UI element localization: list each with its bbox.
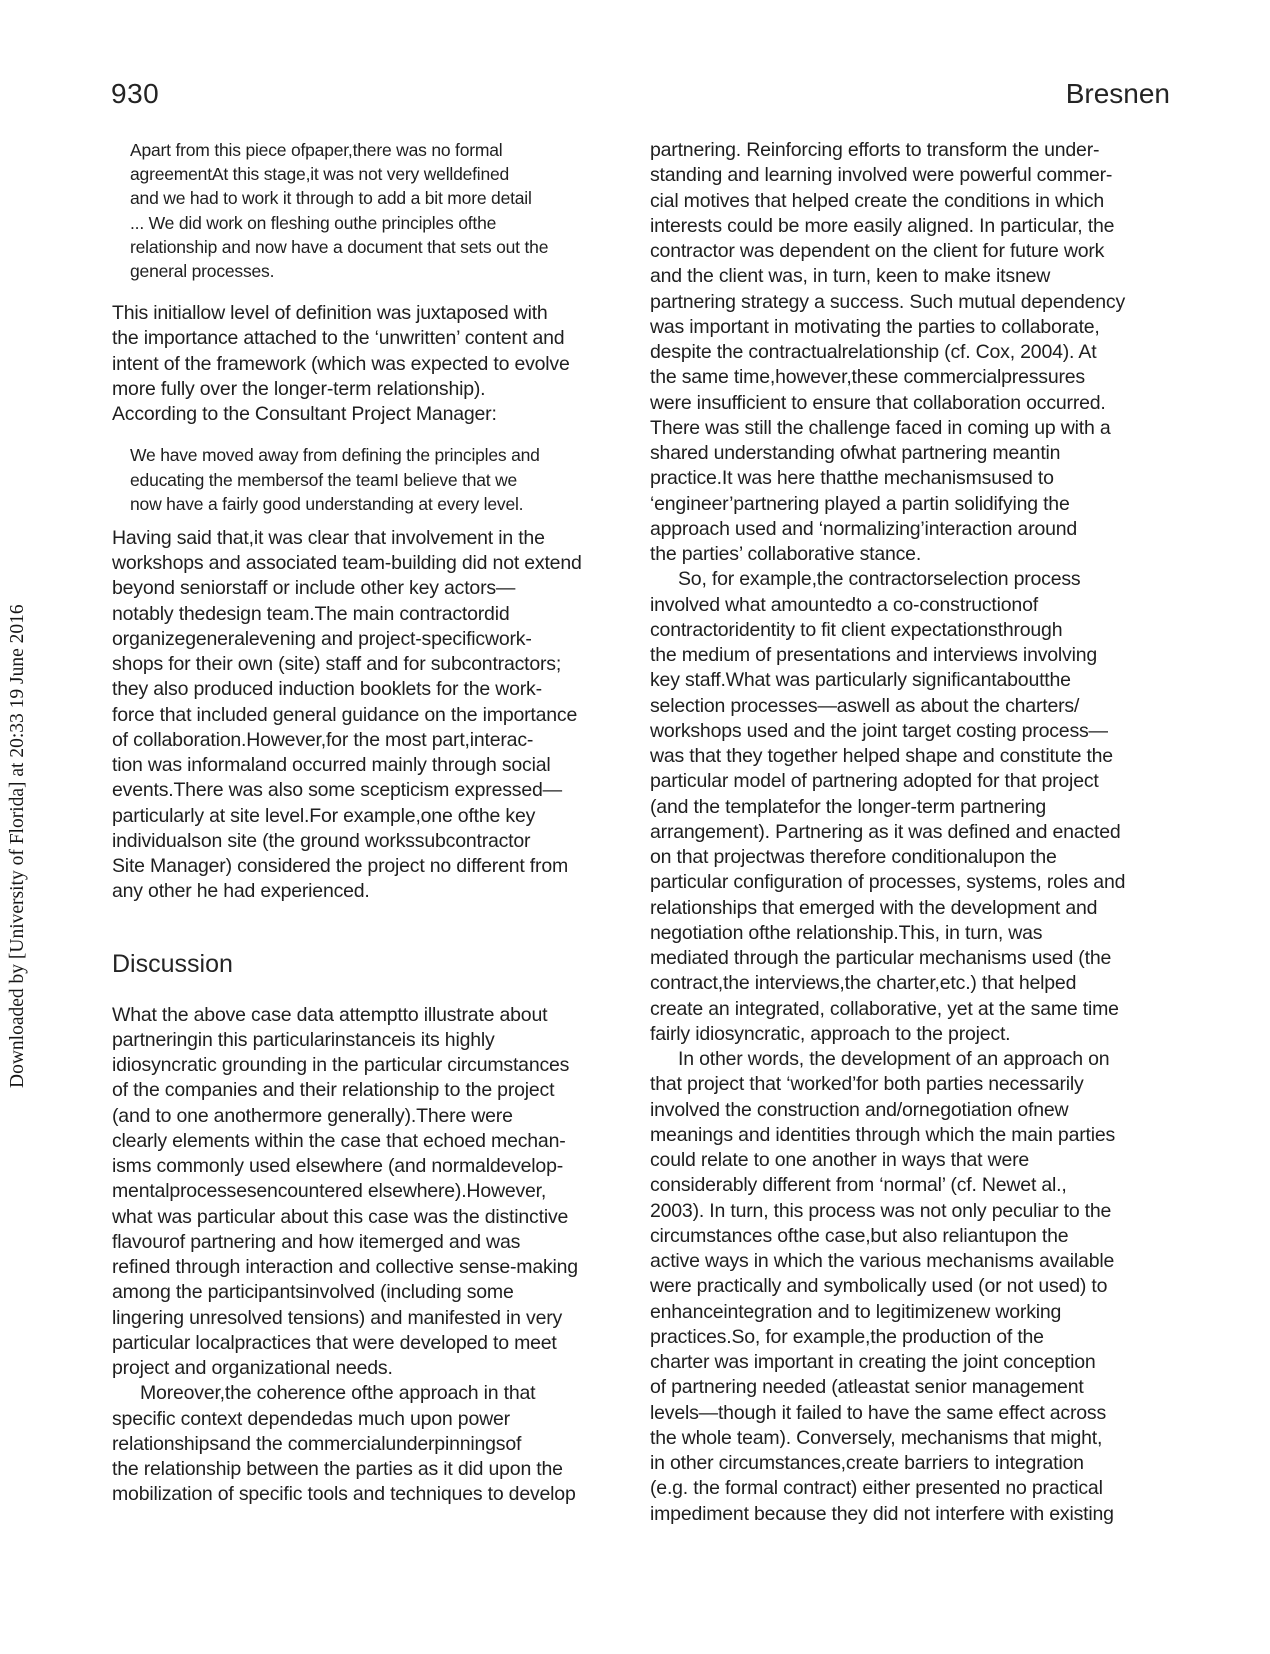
text-line: particular configuration of processes, s…: [650, 870, 1180, 895]
text-line: particular model of partnering adopted f…: [650, 769, 1180, 794]
text-line: (e.g. the formal contract) either presen…: [650, 1476, 1180, 1501]
text-line: circumstances ofthe case,but also relian…: [650, 1224, 1180, 1249]
text-line: relationship and now have a document tha…: [130, 235, 645, 259]
body-paragraph: Moreover,the coherence ofthe approach in…: [112, 1381, 645, 1507]
text-line: flavourof partnering and how itemerged a…: [112, 1230, 645, 1255]
text-line: organizegeneralevening and project-speci…: [112, 627, 645, 652]
text-line: among the participantsinvolved (includin…: [112, 1280, 645, 1305]
text-line: notably thedesign team.The main contract…: [112, 602, 645, 627]
text-line: educating the membersof the teamI believ…: [130, 468, 645, 492]
text-line: in other circumstances,create barriers t…: [650, 1451, 1180, 1476]
text-line: impediment because they did not interfer…: [650, 1502, 1180, 1527]
text-line: now have a fairly good understanding at …: [130, 492, 645, 516]
text-line: the whole team). Conversely, mechanisms …: [650, 1426, 1180, 1451]
text-line: the parties’ collaborative stance.: [650, 542, 1180, 567]
text-line: more fully over the longer-term relation…: [112, 377, 645, 402]
text-line: the importance attached to the ‘unwritte…: [112, 326, 645, 351]
left-text-column: Apart from this piece ofpaper,there was …: [112, 138, 645, 1508]
text-line: they also produced induction booklets fo…: [112, 677, 645, 702]
section-heading: Discussion: [112, 947, 645, 981]
text-line: force that included general guidance on …: [112, 703, 645, 728]
text-line: charter was important in creating the jo…: [650, 1350, 1180, 1375]
right-text-column: partnering. Reinforcing efforts to trans…: [650, 138, 1180, 1527]
text-line: that project that ‘worked’for both parti…: [650, 1072, 1180, 1097]
text-line: (and to one anothermore generally).There…: [112, 1104, 645, 1129]
text-line: relationshipsand the commercialunderpinn…: [112, 1432, 645, 1457]
text-line: Site Manager) considered the project no …: [112, 854, 645, 879]
text-line: refined through interaction and collecti…: [112, 1255, 645, 1280]
text-line: Apart from this piece ofpaper,there was …: [130, 138, 645, 162]
text-line: clearly elements within the case that ec…: [112, 1129, 645, 1154]
text-line: shared understanding ofwhat partnering m…: [650, 441, 1180, 466]
body-paragraph: What the above case data attemptto illus…: [112, 1003, 645, 1382]
text-line: 2003). In turn, this process was not onl…: [650, 1199, 1180, 1224]
text-line: the relationship between the parties as …: [112, 1457, 645, 1482]
text-line: contract,the interviews,the charter,etc.…: [650, 971, 1180, 996]
text-line: and we had to work it through to add a b…: [130, 186, 645, 210]
text-line: partnering strategy a success. Such mutu…: [650, 290, 1180, 315]
text-line: active ways in which the various mechani…: [650, 1249, 1180, 1274]
scanned-paper-page: 930 Bresnen Downloaded by [University of…: [0, 0, 1270, 1654]
text-line: could relate to one another in ways that…: [650, 1148, 1180, 1173]
text-line: negotiation ofthe relationship.This, in …: [650, 921, 1180, 946]
text-line: idiosyncratic grounding in the particula…: [112, 1053, 645, 1078]
block-quote: Apart from this piece ofpaper,there was …: [130, 138, 645, 283]
text-line: key staff.What was particularly signific…: [650, 668, 1180, 693]
text-line: According to the Consultant Project Mana…: [112, 402, 645, 427]
text-line: beyond seniorstaff or include other key …: [112, 576, 645, 601]
text-line: and the client was, in turn, keen to mak…: [650, 264, 1180, 289]
text-line: involved the construction and/ornegotiat…: [650, 1098, 1180, 1123]
text-line: mentalprocessesencountered elsewhere).Ho…: [112, 1179, 645, 1204]
body-paragraph: This initiallow level of definition was …: [112, 301, 645, 427]
text-line: workshops and associated team-building d…: [112, 551, 645, 576]
text-line: What the above case data attemptto illus…: [112, 1003, 645, 1028]
text-line: involved what amountedto a co-constructi…: [650, 593, 1180, 618]
text-line: tion was informaland occurred mainly thr…: [112, 753, 645, 778]
text-line: practices.So, for example,the production…: [650, 1325, 1180, 1350]
text-line: ‘engineer’partnering played a partin sol…: [650, 492, 1180, 517]
text-line: were insufficient to ensure that collabo…: [650, 391, 1180, 416]
text-line: workshops used and the joint target cost…: [650, 719, 1180, 744]
text-line: meanings and identities through which th…: [650, 1123, 1180, 1148]
body-paragraph: partnering. Reinforcing efforts to trans…: [650, 138, 1180, 567]
page-number: 930: [111, 78, 159, 110]
body-paragraph: So, for example,the contractorselection …: [650, 567, 1180, 1047]
text-line: contractor was dependent on the client f…: [650, 239, 1180, 264]
body-paragraph: In other words, the development of an ap…: [650, 1047, 1180, 1527]
text-line: particular localpractices that were deve…: [112, 1331, 645, 1356]
text-line: Having said that,it was clear that invol…: [112, 526, 645, 551]
text-line: There was still the challenge faced in c…: [650, 416, 1180, 441]
text-line: were practically and symbolically used (…: [650, 1274, 1180, 1299]
text-line: approach used and ‘normalizing’interacti…: [650, 517, 1180, 542]
text-line: ... We did work on fleshing outhe princi…: [130, 211, 645, 235]
text-line: particularly at site level.For example,o…: [112, 804, 645, 829]
text-line: the same time,however,these commercialpr…: [650, 365, 1180, 390]
text-line: fairly idiosyncratic, approach to the pr…: [650, 1022, 1180, 1047]
text-line: the medium of presentations and intervie…: [650, 643, 1180, 668]
text-line: specific context dependedas much upon po…: [112, 1407, 645, 1432]
text-line: (and the templatefor the longer-term par…: [650, 795, 1180, 820]
text-line: mediated through the particular mechanis…: [650, 946, 1180, 971]
block-quote: We have moved away from defining the pri…: [130, 443, 645, 516]
text-line: arrangement). Partnering as it was defin…: [650, 820, 1180, 845]
text-line: what was particular about this case was …: [112, 1205, 645, 1230]
running-head-author: Bresnen: [870, 78, 1170, 110]
text-line: was important in motivating the parties …: [650, 315, 1180, 340]
text-line: isms commonly used elsewhere (and normal…: [112, 1154, 645, 1179]
text-line: contractoridentity to fit client expecta…: [650, 618, 1180, 643]
body-paragraph: Having said that,it was clear that invol…: [112, 526, 645, 905]
text-line: enhanceintegration and to legitimizenew …: [650, 1300, 1180, 1325]
text-line: practice.It was here thatthe mechanismsu…: [650, 466, 1180, 491]
text-line: of partnering needed (atleastat senior m…: [650, 1375, 1180, 1400]
text-line: of the companies and their relationship …: [112, 1078, 645, 1103]
text-line: despite the contractualrelationship (cf.…: [650, 340, 1180, 365]
text-line: partnering. Reinforcing efforts to trans…: [650, 138, 1180, 163]
text-line: In other words, the development of an ap…: [650, 1047, 1180, 1072]
text-line: agreementAt this stage,it was not very w…: [130, 162, 645, 186]
text-line: project and organizational needs.: [112, 1356, 645, 1381]
text-line: general processes.: [130, 259, 645, 283]
text-line: partneringin this particularinstanceis i…: [112, 1028, 645, 1053]
text-line: any other he had experienced.: [112, 879, 645, 904]
text-line: of collaboration.However,for the most pa…: [112, 728, 645, 753]
text-line: lingering unresolved tensions) and manif…: [112, 1306, 645, 1331]
text-line: selection processes—aswell as about the …: [650, 694, 1180, 719]
text-line: mobilization of specific tools and techn…: [112, 1482, 645, 1507]
text-line: So, for example,the contractorselection …: [650, 567, 1180, 592]
text-line: shops for their own (site) staff and for…: [112, 652, 645, 677]
text-line: individualson site (the ground workssubc…: [112, 829, 645, 854]
text-line: intent of the framework (which was expec…: [112, 352, 645, 377]
text-line: This initiallow level of definition was …: [112, 301, 645, 326]
text-line: considerably different from ‘normal’ (cf…: [650, 1173, 1180, 1198]
text-line: cial motives that helped create the cond…: [650, 189, 1180, 214]
text-line: levels—though it failed to have the same…: [650, 1401, 1180, 1426]
text-line: create an integrated, collaborative, yet…: [650, 997, 1180, 1022]
download-watermark: Downloaded by [University of Florida] at…: [7, 604, 29, 1088]
text-line: interests could be more easily aligned. …: [650, 214, 1180, 239]
text-line: Moreover,the coherence ofthe approach in…: [112, 1381, 645, 1406]
text-line: We have moved away from defining the pri…: [130, 443, 645, 467]
text-line: standing and learning involved were powe…: [650, 163, 1180, 188]
text-line: was that they together helped shape and …: [650, 744, 1180, 769]
text-line: events.There was also some scepticism ex…: [112, 778, 645, 803]
text-line: relationships that emerged with the deve…: [650, 896, 1180, 921]
text-line: on that projectwas therefore conditional…: [650, 845, 1180, 870]
